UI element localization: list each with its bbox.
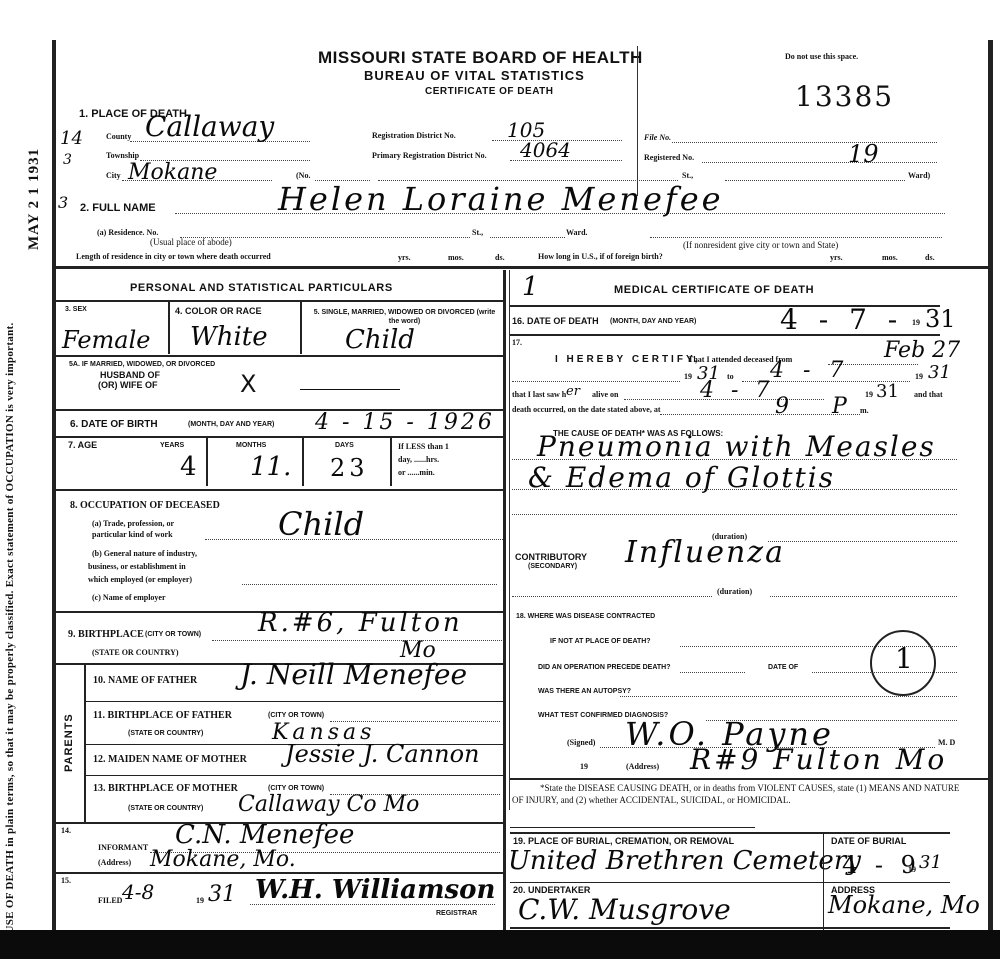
mother-birthplace-state-label: (STATE OR COUNTRY): [128, 805, 203, 812]
date-of-death-sublabel: (MONTH, DAY AND YEAR): [610, 318, 696, 325]
foreign-birth-label: How long in U.S., if of foreign birth?: [538, 252, 663, 261]
informant-label: INFORMANT: [98, 843, 148, 852]
years-unit: yrs.: [830, 253, 843, 262]
date-of-death-value: 4 - 7 -: [780, 303, 903, 336]
age-label: 7. AGE: [68, 440, 97, 450]
nonresident-note: (If nonresident give city or town and St…: [683, 240, 838, 250]
informant-address-label: (Address): [98, 858, 131, 867]
registration-district-label: Registration District No.: [372, 131, 456, 140]
undertaker-value: C.W. Musgrove: [518, 893, 731, 926]
mother-birthplace-label: 13. BIRTHPLACE OF MOTHER: [93, 783, 238, 794]
age-months-value: 11.: [250, 452, 291, 482]
file-no-label: File No.: [644, 133, 671, 142]
marital-status-value: Child: [345, 325, 415, 355]
autopsy-label: WAS THERE AN AUTOPSY?: [538, 688, 631, 695]
form-border-right: [988, 40, 993, 945]
age-days-value: 23: [330, 454, 369, 482]
father-birthplace-label: 11. BIRTHPLACE OF FATHER: [93, 710, 232, 721]
disease-contracted-label: 18. WHERE WAS DISEASE CONTRACTED: [516, 613, 655, 620]
margin-mark: 3: [63, 152, 72, 168]
form-name: CERTIFICATE OF DEATH: [425, 86, 554, 97]
street-label: St.,: [682, 171, 693, 180]
spouse-value: X: [240, 370, 256, 398]
last-saw-year-prefix: 19: [865, 390, 873, 399]
informant-value: C.N. Menefee: [175, 820, 354, 850]
signature-year-prefix: 19: [580, 762, 588, 771]
death-time-label: death occurred, on the date stated above…: [512, 405, 661, 414]
sex-label: 3. SEX: [65, 306, 87, 313]
burial-date-label: DATE OF BURIAL: [831, 836, 906, 846]
city-value: Mokane: [128, 160, 217, 185]
occupation-value: Child: [278, 505, 364, 543]
months-unit: mos.: [882, 253, 898, 262]
section-divider: [56, 266, 988, 269]
less-than-day-label: If LESS than 1: [398, 442, 449, 451]
last-saw-date: 4 - 7: [700, 378, 774, 403]
wife-of-label: (OR) WIFE OF: [98, 380, 158, 390]
not-at-place-label: IF NOT AT PLACE OF DEATH?: [550, 638, 651, 645]
last-saw-label: that I last saw h: [512, 390, 566, 399]
death-year-prefix: 19: [912, 318, 920, 327]
burial-year-prefix: 19: [908, 865, 916, 874]
attended-from-year-prefix: 19: [684, 372, 692, 381]
industry-label-cont: which employed (or employer): [88, 575, 192, 584]
column-divider: [503, 270, 506, 930]
margin-mark: 3: [58, 193, 68, 212]
duration-label: (duration): [717, 587, 752, 596]
registered-no-label: Registered No.: [644, 153, 694, 162]
spouse-label: 5A. IF MARRIED, WIDOWED, OR DIVORCED: [69, 361, 215, 368]
trade-label-cont: particular kind of work: [92, 530, 173, 539]
attended-to-year-prefix: 19: [915, 372, 923, 381]
contributory-sublabel: (SECONDARY): [528, 563, 577, 570]
primary-district-label: Primary Registration District No.: [372, 151, 487, 160]
attended-from-value: Feb 27: [884, 338, 960, 363]
registrar-label: REGISTRAR: [436, 910, 477, 917]
burial-place-label: 19. PLACE OF BURIAL, CREMATION, OR REMOV…: [513, 836, 734, 846]
filed-year-prefix: 19: [196, 896, 204, 905]
registrar-signature: W.H. Williamson: [255, 875, 495, 905]
residence-ward-label: Ward.: [566, 228, 588, 237]
age-days-label: DAYS: [335, 442, 354, 449]
hours-label: day, ......hrs.: [398, 455, 439, 464]
header-divider: [637, 46, 638, 196]
birthplace-label: 9. BIRTHPLACE: [68, 629, 144, 640]
scan-bottom-edge: [0, 930, 1000, 959]
birthplace-state-label: (STATE OR COUNTRY): [92, 648, 179, 657]
informant-number: 14.: [61, 826, 71, 835]
certify-number: 17.: [512, 338, 522, 347]
certify-label: I HEREBY CERTIFY,: [555, 354, 700, 365]
occupation-label: 8. OCCUPATION OF DECEASED: [70, 500, 220, 511]
length-of-residence-label: Length of residence in city or town wher…: [76, 252, 271, 261]
sex-value: Female: [62, 326, 151, 354]
medical-certificate-heading: MEDICAL CERTIFICATE OF DEATH: [614, 284, 814, 296]
county-value: Callaway: [145, 110, 274, 143]
days-unit: ds.: [925, 253, 935, 262]
birthplace-sublabel: (CITY OR TOWN): [145, 631, 201, 638]
father-name-value: J. Neill Menefee: [240, 658, 467, 691]
margin-instruction-text: CAUSE OF DEATH in plain terms, so that i…: [4, 322, 16, 950]
dob-sublabel: (MONTH, DAY AND YEAR): [188, 421, 274, 428]
dob-value: 4 - 15 - 1926: [315, 410, 495, 435]
meridiem-label: m.: [860, 406, 869, 415]
filed-year-value: 31: [208, 882, 236, 907]
contributory-value: Influenza: [625, 535, 785, 570]
signed-label: (Signed): [567, 738, 595, 747]
registered-no-value: 19: [848, 140, 879, 168]
ward-label: Ward): [908, 171, 930, 180]
personal-particulars-heading: PERSONAL AND STATISTICAL PARTICULARS: [130, 282, 393, 294]
birthplace-city-value: R.#6, Fulton: [258, 608, 463, 638]
age-years-value: 4: [180, 452, 197, 482]
full-name-label: 2. FULL NAME: [80, 202, 156, 214]
father-name-label: 10. NAME OF FATHER: [93, 675, 197, 686]
residence-street-label: St.,: [472, 228, 483, 237]
mother-birthplace-value: Callaway Co Mo: [238, 792, 419, 817]
operation-label: DID AN OPERATION PRECEDE DEATH?: [538, 664, 671, 671]
death-time-value: 9 P: [775, 394, 865, 419]
age-months-label: MONTHS: [236, 442, 266, 449]
marital-status-label: 5. SINGLE, MARRIED, WIDOWED OR DIVORCED …: [312, 308, 497, 326]
operation-date-label: DATE OF: [768, 664, 798, 671]
margin-mark: 14: [60, 128, 83, 149]
industry-label-cont: business, or establishment in: [88, 562, 186, 571]
alive-on-label: alive on: [592, 390, 618, 399]
form-title: MISSOURI STATE BOARD OF HEALTH: [318, 48, 643, 68]
mother-maiden-name-value: Jessie J. Cannon: [285, 740, 479, 768]
attended-to-year: 31: [928, 362, 951, 383]
last-saw-year: 31: [876, 381, 899, 402]
employer-label: (c) Name of employer: [92, 593, 166, 602]
residence-sublabel: (Usual place of abode): [150, 237, 232, 247]
mother-birthplace-sublabel: (CITY OR TOWN): [268, 785, 324, 792]
age-years-label: YEARS: [160, 442, 184, 449]
township-label: Township: [106, 151, 139, 160]
cause-line-1: Pneumonia with Measles: [537, 430, 936, 463]
father-birthplace-sublabel: (CITY OR TOWN): [268, 712, 324, 719]
informant-address-value: Mokane, Mo.: [150, 847, 296, 872]
husband-of-label: HUSBAND OF: [100, 370, 160, 380]
burial-place-value: United Brethren Cemetery: [508, 846, 861, 876]
filed-label: FILED: [98, 896, 122, 905]
certificate-number: 13385: [795, 80, 894, 113]
date-of-death-label: 16. DATE OF DEATH: [512, 316, 599, 326]
undertaker-address-value: Mokane, Mo: [828, 891, 980, 919]
filed-date-value: 4-8: [122, 880, 154, 904]
residence-label: (a) Residence. No.: [97, 228, 158, 237]
trade-label: (a) Trade, profession, or: [92, 519, 174, 528]
years-unit: yrs.: [398, 253, 411, 262]
house-number-label: (No.: [296, 171, 310, 180]
and-that-label: and that: [914, 390, 943, 399]
attended-to-value: 4 - 7: [770, 358, 849, 383]
received-date-stamp: MAY 2 1 1931: [26, 148, 43, 250]
primary-district-value: 4064: [520, 138, 571, 162]
last-saw-pronoun: er: [566, 384, 580, 399]
circled-mark-value: 1: [895, 642, 913, 675]
full-name-value: Helen Loraine Menefee: [278, 180, 724, 218]
footnote-violent-causes: *State the DISEASE CAUSING DEATH, or in …: [512, 782, 964, 806]
dob-label: 6. DATE OF BIRTH: [70, 419, 158, 430]
father-birthplace-state-label: (STATE OR COUNTRY): [128, 730, 203, 737]
months-unit: mos.: [448, 253, 464, 262]
industry-label: (b) General nature of industry,: [92, 549, 197, 558]
county-label: County: [106, 132, 131, 141]
race-label: 4. COLOR OR RACE: [175, 306, 262, 316]
death-year-value: 31: [925, 305, 956, 333]
reserved-space-note: Do not use this space.: [785, 52, 858, 61]
days-unit: ds.: [495, 253, 505, 262]
contributory-label: CONTRIBUTORY: [515, 552, 587, 562]
form-border-left: [52, 40, 56, 945]
minutes-label: or ......min.: [398, 468, 435, 477]
parents-section-label: PARENTS: [63, 713, 75, 772]
city-label: City: [106, 171, 121, 180]
physician-address-value: R#9 Fulton Mo: [690, 743, 947, 776]
race-value: White: [190, 322, 268, 352]
mother-maiden-name-label: 12. MAIDEN NAME OF MOTHER: [93, 754, 247, 765]
burial-year-value: 31: [919, 852, 942, 873]
form-subtitle: BUREAU OF VITAL STATISTICS: [364, 68, 585, 83]
medical-margin-mark: 1: [522, 272, 539, 302]
filing-number: 15.: [61, 876, 71, 885]
cause-line-2: & Edema of Glottis: [528, 461, 835, 494]
physician-address-label: (Address): [626, 762, 659, 771]
